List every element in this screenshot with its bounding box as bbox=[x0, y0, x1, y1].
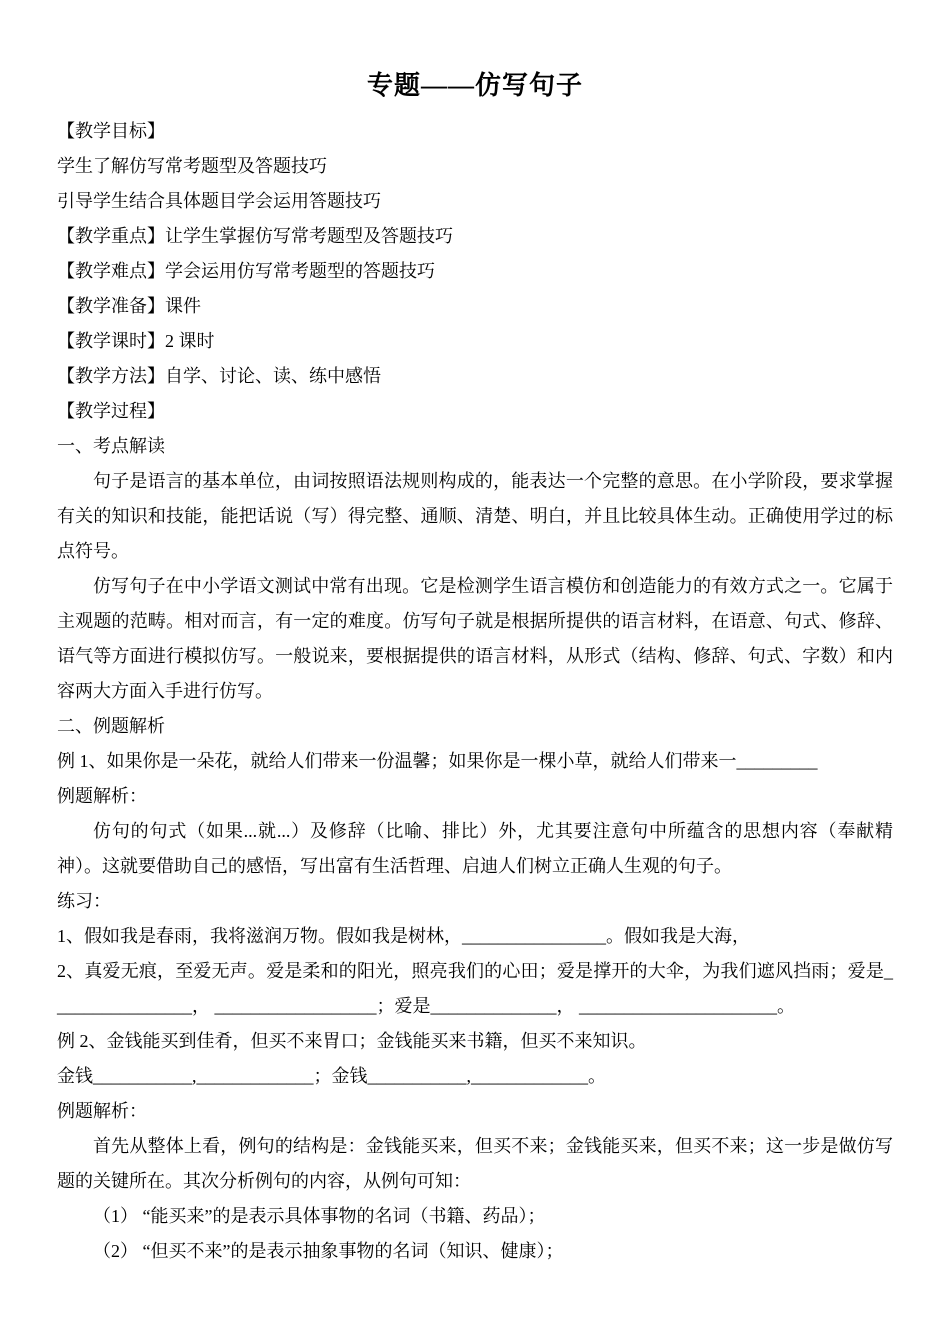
teaching-methods-line: 【教学方法】自学、讨论、读、练中感悟 bbox=[57, 359, 893, 394]
analysis-point-2: （2） “但买不来”的是表示抽象事物的名词（知识、健康）； bbox=[57, 1234, 893, 1269]
practice-label: 练习： bbox=[57, 884, 893, 919]
teaching-objectives-heading: 【教学目标】 bbox=[57, 114, 893, 149]
objective-line-2: 引导学生结合具体题目学会运用答题技巧 bbox=[57, 184, 893, 219]
teaching-difficulty-line: 【教学难点】学会运用仿写常考题型的答题技巧 bbox=[57, 254, 893, 289]
document-page: 专题——仿写句子 【教学目标】 学生了解仿写常考题型及答题技巧 引导学生结合具体… bbox=[0, 0, 950, 1344]
objective-line-1: 学生了解仿写常考题型及答题技巧 bbox=[57, 149, 893, 184]
imitation-intro-paragraph: 仿写句子在中小学语文测试中常有出现。它是检测学生语言模仿和创造能力的有效方式之一… bbox=[57, 569, 893, 709]
page-title: 专题——仿写句子 bbox=[57, 64, 893, 108]
example-2-analysis-paragraph: 首先从整体上看，例句的结构是：金钱能买来，但买不来；金钱能买来，但买不来；这一步… bbox=[57, 1129, 893, 1199]
section-2-heading: 二、例题解析 bbox=[57, 709, 893, 744]
sentence-definition-paragraph: 句子是语言的基本单位，由词按照语法规则构成的，能表达一个完整的意思。在小学阶段，… bbox=[57, 464, 893, 569]
practice-item-1: 1、假如我是春雨，我将滋润万物。假如我是树林，________________。… bbox=[57, 919, 893, 954]
teaching-preparation-line: 【教学准备】课件 bbox=[57, 289, 893, 324]
teaching-process-heading: 【教学过程】 bbox=[57, 394, 893, 429]
example-1-analysis-paragraph: 仿句的句式（如果...就...）及修辞（比喻、排比）外，尤其要注意句中所蕴含的思… bbox=[57, 814, 893, 884]
example-2-analysis-label: 例题解析： bbox=[57, 1094, 893, 1129]
analysis-point-1: （1） “能买来”的是表示具体事物的名词（书籍、药品）； bbox=[57, 1199, 893, 1234]
example-2-line: 例 2、金钱能买到佳肴，但买不来胃口；金钱能买来书籍，但买不来知识。 bbox=[57, 1024, 893, 1059]
example-1-line: 例 1、如果你是一朵花，就给人们带来一份温馨；如果你是一棵小草，就给人们带来一_… bbox=[57, 744, 893, 779]
section-1-heading: 一、考点解读 bbox=[57, 429, 893, 464]
example-2-fill-blank-line: 金钱___________,_____________；金钱__________… bbox=[57, 1059, 893, 1094]
example-1-analysis-label: 例题解析： bbox=[57, 779, 893, 814]
teaching-focus-line: 【教学重点】让学生掌握仿写常考题型及答题技巧 bbox=[57, 219, 893, 254]
teaching-periods-line: 【教学课时】2 课时 bbox=[57, 324, 893, 359]
practice-item-2: 2、真爱无痕，至爱无声。爱是柔和的阳光，照亮我们的心田；爱是撑开的大伞，为我们遮… bbox=[57, 954, 893, 1024]
